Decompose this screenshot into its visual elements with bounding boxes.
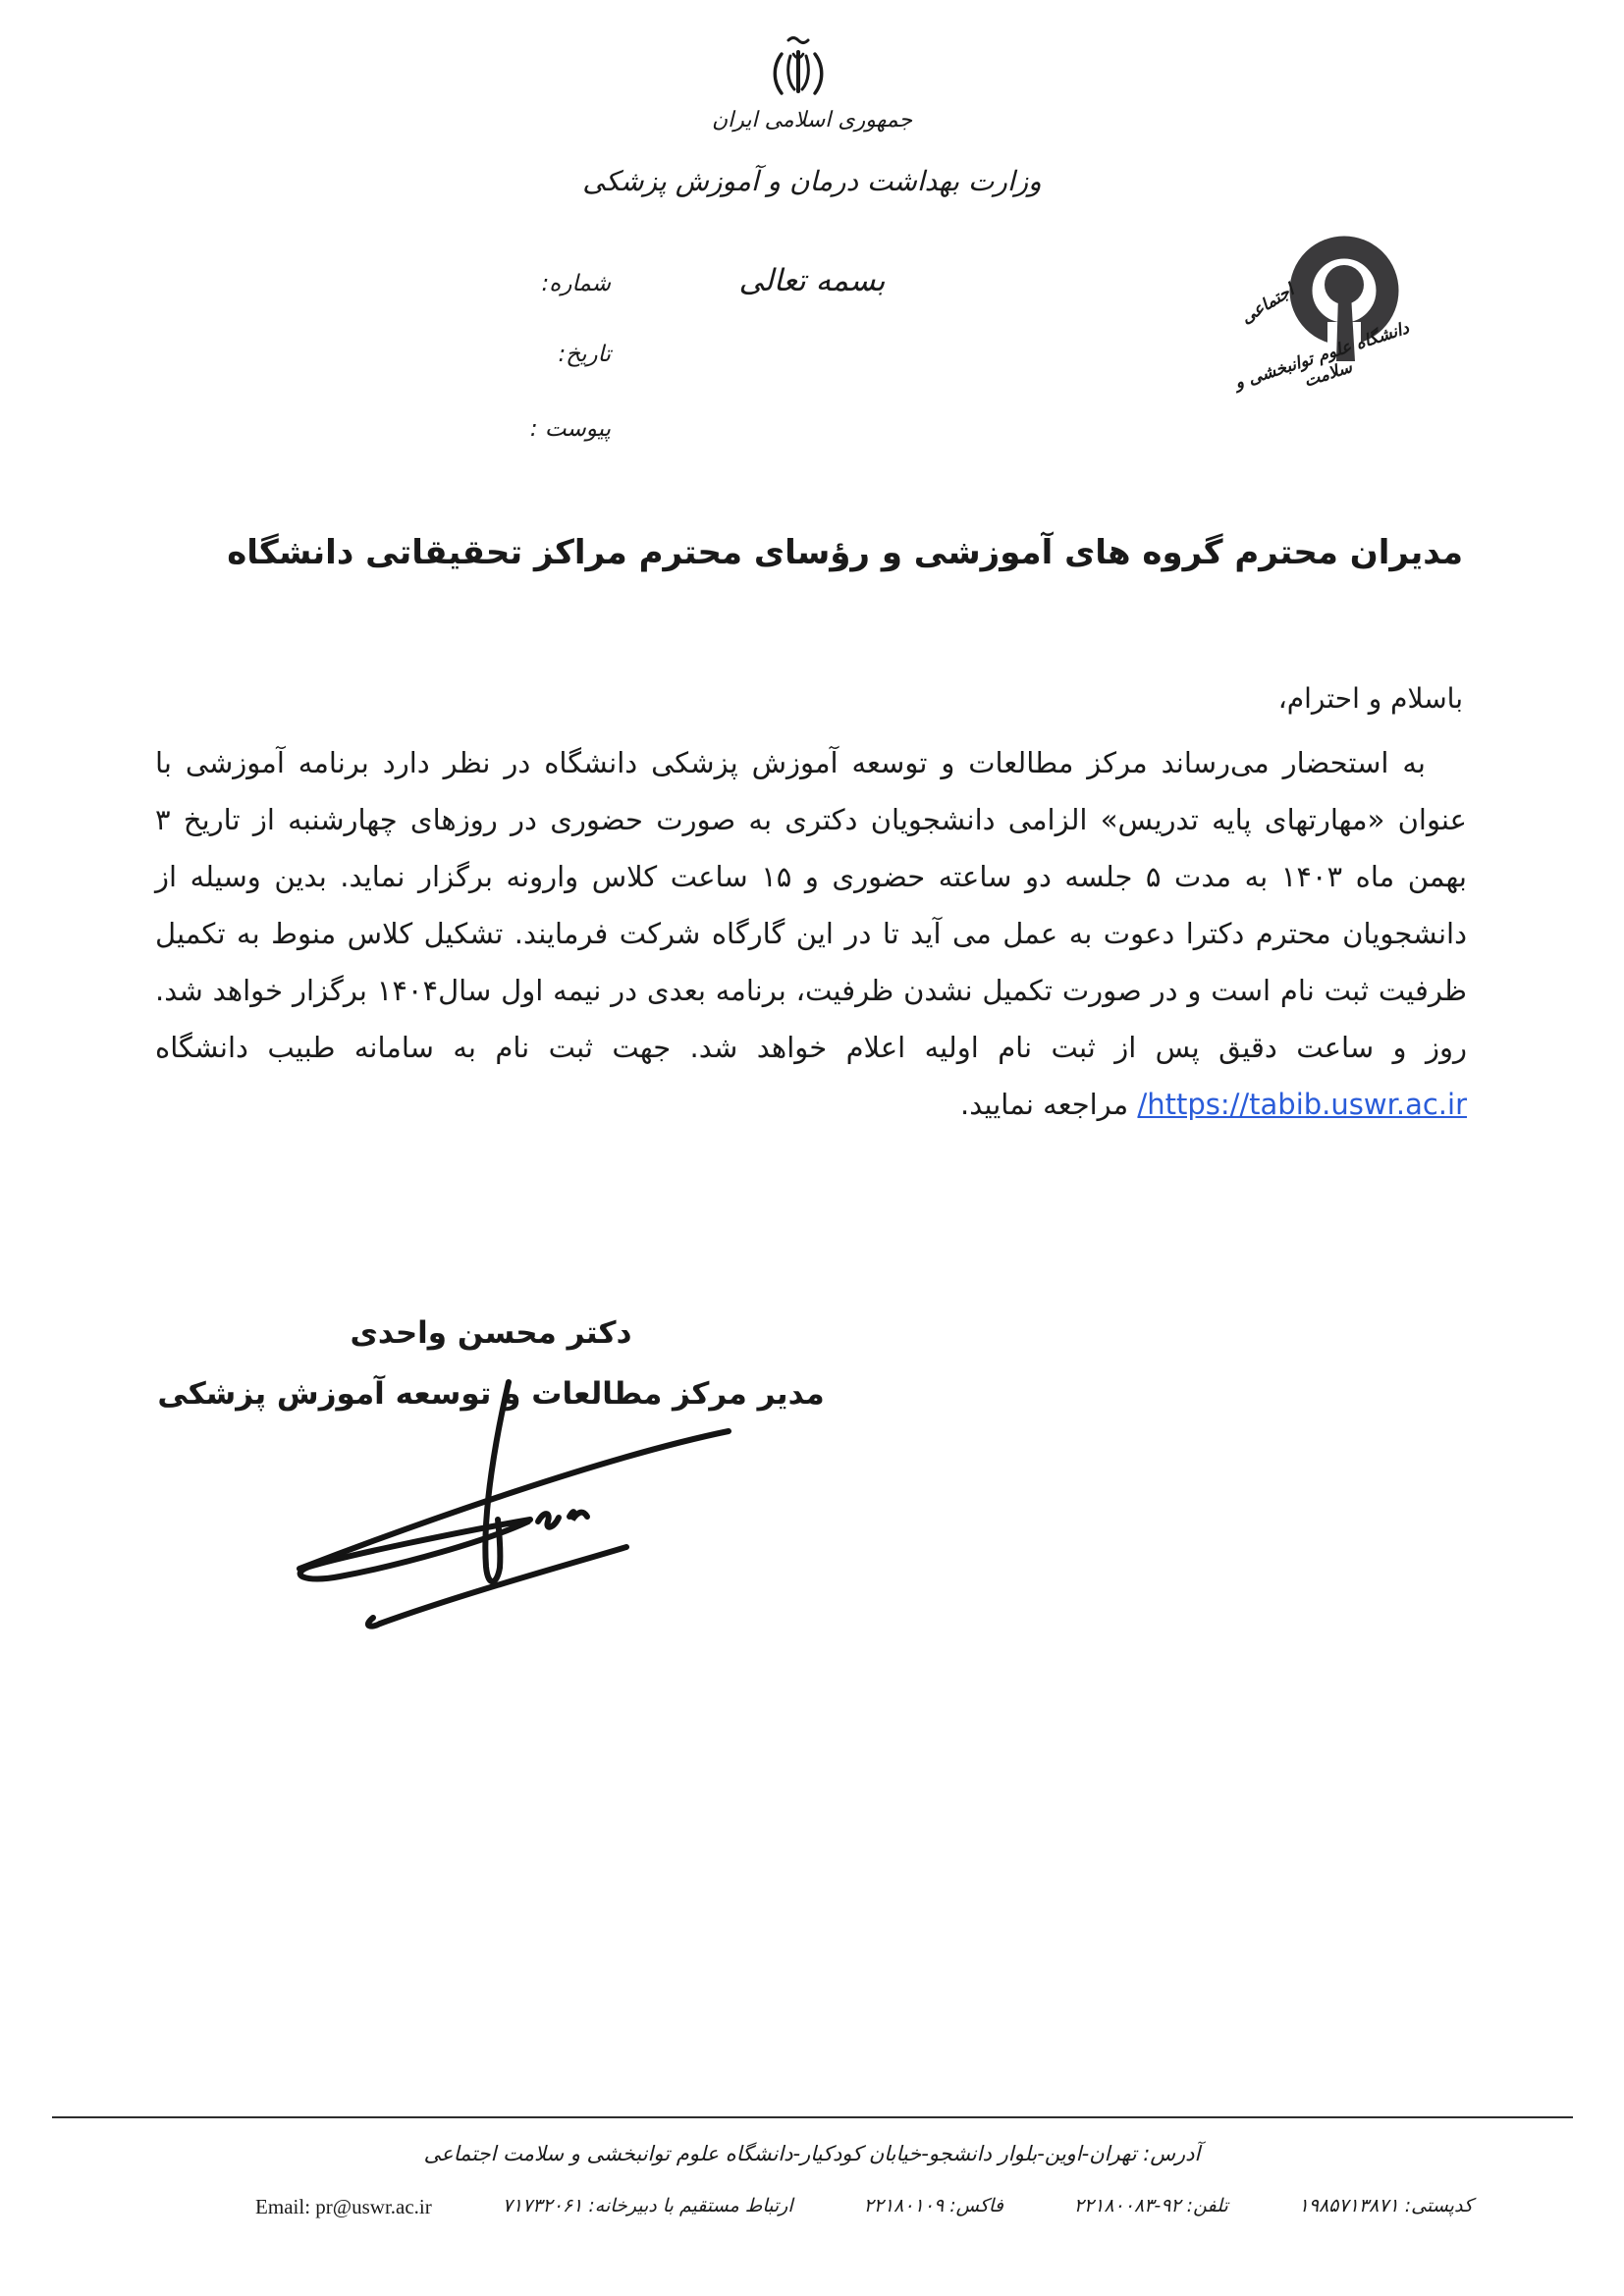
footer-secretariat: ارتباط مستقیم با دبیرخانه: ۷۱۷۳۲۰۶۱	[503, 2195, 793, 2219]
footer-phone: تلفن: ۹۲-۲۲۱۸۰۰۸۳	[1074, 2195, 1228, 2219]
handwritten-signature	[285, 1372, 746, 1637]
footer-fax: فاکس: ۲۲۱۸۰۱۰۹	[864, 2195, 1003, 2219]
salutation: باسلام و احترام،	[1278, 682, 1463, 715]
signer-name: دکتر محسن واحدی	[245, 1315, 736, 1351]
letter-body: به استحضار می‌رساند مرکز مطالعات و توسعه…	[155, 734, 1467, 1133]
body-text-before-link: به استحضار می‌رساند مرکز مطالعات و توسعه…	[155, 746, 1467, 1064]
republic-title: جمهوری اسلامی ایران	[0, 108, 1624, 133]
recipient-heading: مدیران محترم گروه های آموزشی و رؤسای محت…	[157, 533, 1463, 572]
footer-address: آدرس: تهران-اوین-بلوار دانشجو-خیابان کود…	[0, 2142, 1624, 2165]
footer-contact-row: کدپستی: ۱۹۸۵۷۱۳۸۷۱ تلفن: ۹۲-۲۲۱۸۰۰۸۳ فاک…	[255, 2195, 1473, 2219]
tabib-portal-link[interactable]: /https://tabib.uswr.ac.ir	[1137, 1088, 1467, 1121]
attachment-field-label: پیوست :	[530, 416, 611, 442]
number-field-label: شماره:	[542, 271, 611, 296]
letter-page: جمهوری اسلامی ایران وزارت بهداشت درمان و…	[0, 0, 1624, 2296]
ministry-title: وزارت بهداشت درمان و آموزش پزشکی	[0, 165, 1624, 197]
footer-email: Email: pr@uswr.ac.ir	[255, 2195, 432, 2219]
body-text-after-link: مراجعه نمایید.	[960, 1088, 1137, 1121]
footer-divider	[52, 2116, 1573, 2118]
date-field-label: تاریخ:	[558, 342, 611, 367]
footer-postal-code: کدپستی: ۱۹۸۵۷۱۳۸۷۱	[1299, 2195, 1473, 2219]
iran-emblem-icon	[768, 32, 829, 105]
